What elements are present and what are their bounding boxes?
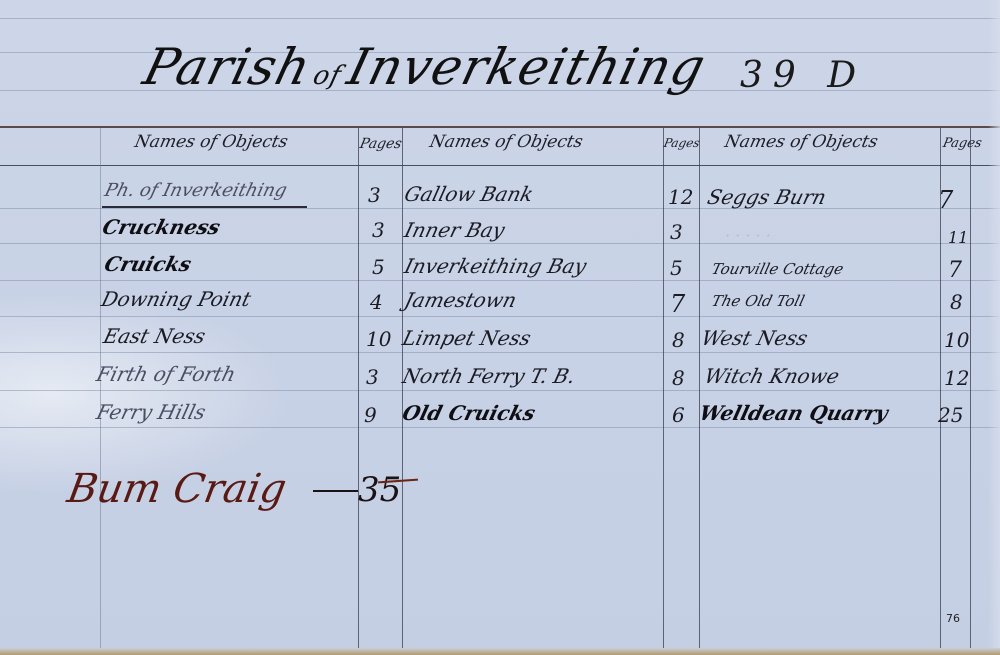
entry-page: 10 (944, 328, 969, 352)
entry-page: 8 (672, 366, 685, 390)
column-divider (970, 128, 971, 648)
entry-page: 8 (672, 328, 685, 352)
entry-page: 4 (370, 290, 383, 314)
entry-page: 3 (372, 218, 385, 242)
column-divider (402, 128, 403, 648)
entry-name: Gallow Bank (402, 182, 536, 206)
added-entry-dash (313, 490, 358, 492)
added-entry-name: Bum Craig (64, 466, 290, 512)
entry-page: 9 (364, 403, 377, 427)
entry-page: 3 (670, 220, 683, 244)
entry-name: The Old Toll (710, 292, 807, 310)
entry-name: Limpet Ness (400, 326, 534, 350)
folio-number: 76 (946, 612, 960, 625)
ruled-line (0, 352, 1000, 353)
entry-name: Jamestown (402, 288, 519, 312)
entry-page: 3 (368, 183, 381, 207)
title-place: Inverkeithing (342, 38, 712, 96)
header-top-rule (0, 126, 1000, 128)
entry-name: Witch Knowe (702, 364, 842, 388)
entry-underline (102, 206, 307, 208)
ruled-line (0, 280, 1000, 281)
ledger-page: ParishofInverkeithing 39 D Names of Obje… (0, 0, 1000, 655)
header-bottom-rule (0, 165, 1000, 166)
ruled-line (0, 18, 1000, 19)
entry-name: Seggs Burn (705, 185, 829, 209)
entry-name: Inverkeithing Bay (402, 254, 589, 278)
margin-line (100, 128, 101, 648)
entry-name: Welldean Quarry (697, 401, 891, 425)
entry-page: 8 (950, 290, 963, 314)
ruled-line (0, 243, 1000, 244)
entry-page: 6 (672, 403, 685, 427)
header-pages-2: Pages (663, 136, 702, 150)
ruled-line (0, 208, 1000, 209)
entry-name: Cruckness (100, 215, 223, 239)
entry-name: Old Cruicks (400, 401, 538, 425)
entry-name: North Ferry T. B. (400, 364, 578, 388)
entry-page: 3 (366, 365, 379, 389)
entry-page: 7 (670, 290, 685, 318)
header-names-2: Names of Objects (428, 132, 585, 152)
entry-name: Firth of Forth (94, 362, 238, 386)
entry-page: 25 (938, 403, 963, 427)
entry-name: Inner Bay (402, 218, 507, 242)
entry-name: Tourville Cottage (710, 260, 846, 278)
added-entry-page: 35 (358, 470, 401, 510)
column-divider (699, 128, 700, 648)
entry-page: 5 (670, 256, 683, 280)
entry-page: 10 (366, 327, 391, 351)
page-edge (0, 648, 1000, 655)
page-edge (988, 0, 1000, 655)
header-names-3: Names of Objects (723, 132, 880, 152)
entry-page: 12 (668, 185, 693, 209)
header-pages-3: Pages (941, 136, 983, 151)
header-names-1: Names of Objects (133, 132, 290, 152)
entry-name: East Ness (101, 324, 208, 348)
title-parish: Parish (138, 38, 317, 96)
entry-name: Ph. of Inverkeithing (102, 180, 289, 201)
sheet-code: 39 D (740, 55, 866, 96)
ruled-line (0, 427, 1000, 428)
header-pages-1: Pages (358, 136, 403, 152)
column-divider (663, 128, 664, 648)
column-divider (358, 128, 359, 648)
entry-page: 5 (372, 255, 385, 279)
title-of: of (310, 61, 345, 91)
entry-page: 7 (948, 258, 962, 283)
entry-name: Downing Point (99, 287, 253, 311)
entry-name: Ferry Hills (94, 400, 208, 424)
ruled-line (0, 390, 1000, 391)
entry-page: 12 (944, 366, 969, 390)
entry-name: Cruicks (102, 252, 194, 276)
ruled-line (0, 316, 1000, 317)
faded-entry: · · · · · (723, 226, 774, 245)
entry-page: 7 (938, 186, 953, 214)
entry-page: 11 (948, 228, 968, 247)
page-title: ParishofInverkeithing (138, 38, 712, 96)
entry-name: West Ness (699, 326, 810, 350)
